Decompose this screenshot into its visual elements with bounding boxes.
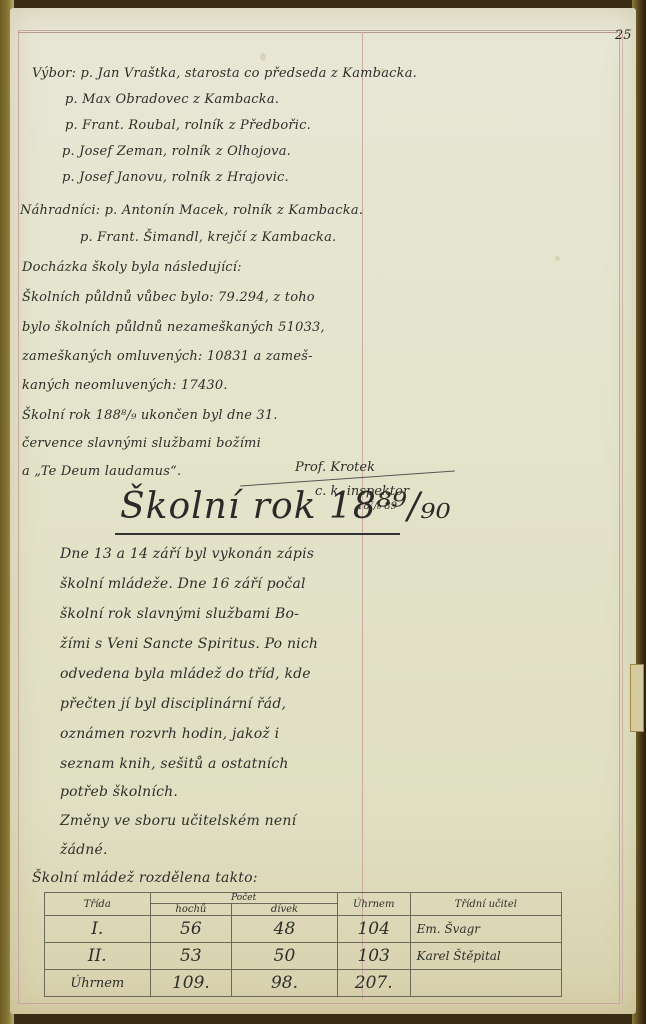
school-year-line: přečten jí byl disciplinární řád, [60, 696, 286, 712]
table-row: II. 53 50 103 Karel Štěpital [45, 943, 562, 970]
cell-girls: 48 [232, 916, 338, 943]
page-number: 25 [615, 28, 632, 43]
paper-stain [555, 256, 560, 261]
cell-class: I. [45, 916, 151, 943]
class-distribution-table: Třída Počet Úhrnem Třídní učitel hochů d… [44, 892, 562, 997]
top-rule-line [18, 32, 618, 33]
school-year-heading: Školní rok 18⁸⁹/₉₀ [120, 486, 452, 527]
page-tab-marker [630, 664, 644, 732]
cell-teacher: Em. Švagr [410, 916, 561, 943]
committee-line: p. Josef Zeman, rolník z Olhojova. [62, 144, 291, 159]
school-year-line: školní mládeže. Dne 16 září počal [60, 576, 306, 592]
cell-total: 104 [337, 916, 410, 943]
school-year-line: odvedena byla mládež do tříd, kde [60, 666, 311, 682]
committee-line: p. Max Obradovec z Kambacka. [65, 92, 279, 107]
cell-boys: 109. [150, 970, 232, 997]
inspector-signature: Prof. Krotek [295, 460, 375, 475]
school-year-line: seznam knih, sešitů a ostatních [60, 756, 289, 772]
cell-class: Úhrnem [45, 970, 151, 997]
ledger-page: 25 Výbor: p. Jan Vraštka, starosta co př… [10, 8, 636, 1014]
substitutes-line: Náhradníci: p. Antonín Macek, rolník z K… [20, 203, 363, 218]
cell-boys: 56 [150, 916, 232, 943]
school-year-line: Školní mládež rozdělena takto: [32, 870, 258, 886]
cell-teacher: Karel Štěpital [410, 943, 561, 970]
cell-total: 103 [337, 943, 410, 970]
school-year-line: potřeb školních. [60, 784, 178, 800]
heading-underline [115, 533, 400, 535]
committee-line: p. Josef Janovu, rolník z Hrajovic. [62, 170, 289, 185]
cell-girls: 50 [232, 943, 338, 970]
header-teacher: Třídní učitel [410, 893, 561, 916]
attendance-line: Školních půldnů vůbec bylo: 79.294, z to… [22, 290, 315, 305]
right-margin-line [622, 34, 623, 1004]
school-year-line: školní rok slavnými službami Bo- [60, 606, 299, 622]
header-total: Úhrnem [337, 893, 410, 916]
committee-line: Výbor: p. Jan Vraštka, starosta co předs… [32, 66, 417, 81]
school-year-line: Dne 13 a 14 září byl vykonán zápis [60, 546, 314, 562]
attendance-line: kaných neomluvených: 17430. [22, 378, 228, 393]
committee-line: p. Frant. Roubal, rolník z Předbořic. [65, 118, 311, 133]
table-row-total: Úhrnem 109. 98. 207. [45, 970, 562, 997]
cell-class: II. [45, 943, 151, 970]
cell-total: 207. [337, 970, 410, 997]
attendance-line: a „Te Deum laudamus“. [22, 464, 181, 479]
school-year-line: žádné. [60, 842, 108, 858]
cell-teacher [410, 970, 561, 997]
school-year-line: Změny ve sboru učitelském není [60, 813, 296, 829]
cell-boys: 53 [150, 943, 232, 970]
header-girls: dívek [232, 904, 338, 916]
school-year-line: žími s Veni Sancte Spiritus. Po nich [60, 636, 318, 652]
substitutes-line: p. Frant. Šimandl, krejčí z Kambacka. [80, 230, 336, 245]
attendance-line: Docházka školy byla následující: [22, 260, 242, 275]
header-count-group: Počet [150, 893, 337, 904]
table-row: I. 56 48 104 Em. Švagr [45, 916, 562, 943]
attendance-line: bylo školních půldnů nezameškaných 51033… [22, 320, 325, 335]
header-class: Třída [45, 893, 151, 916]
table-header-row: Třída Počet Úhrnem Třídní učitel [45, 893, 562, 904]
attendance-line: července slavnými službami božími [22, 436, 261, 451]
paper-stain [260, 53, 266, 61]
school-year-line: oznámen rozvrh hodin, jakož i [60, 726, 279, 742]
cell-girls: 98. [232, 970, 338, 997]
header-boys: hochů [150, 904, 232, 916]
attendance-line: Školní rok 188⁸/₉ ukončen byl dne 31. [22, 408, 278, 423]
attendance-line: zameškaných omluvených: 10831 a zameš- [22, 349, 313, 364]
